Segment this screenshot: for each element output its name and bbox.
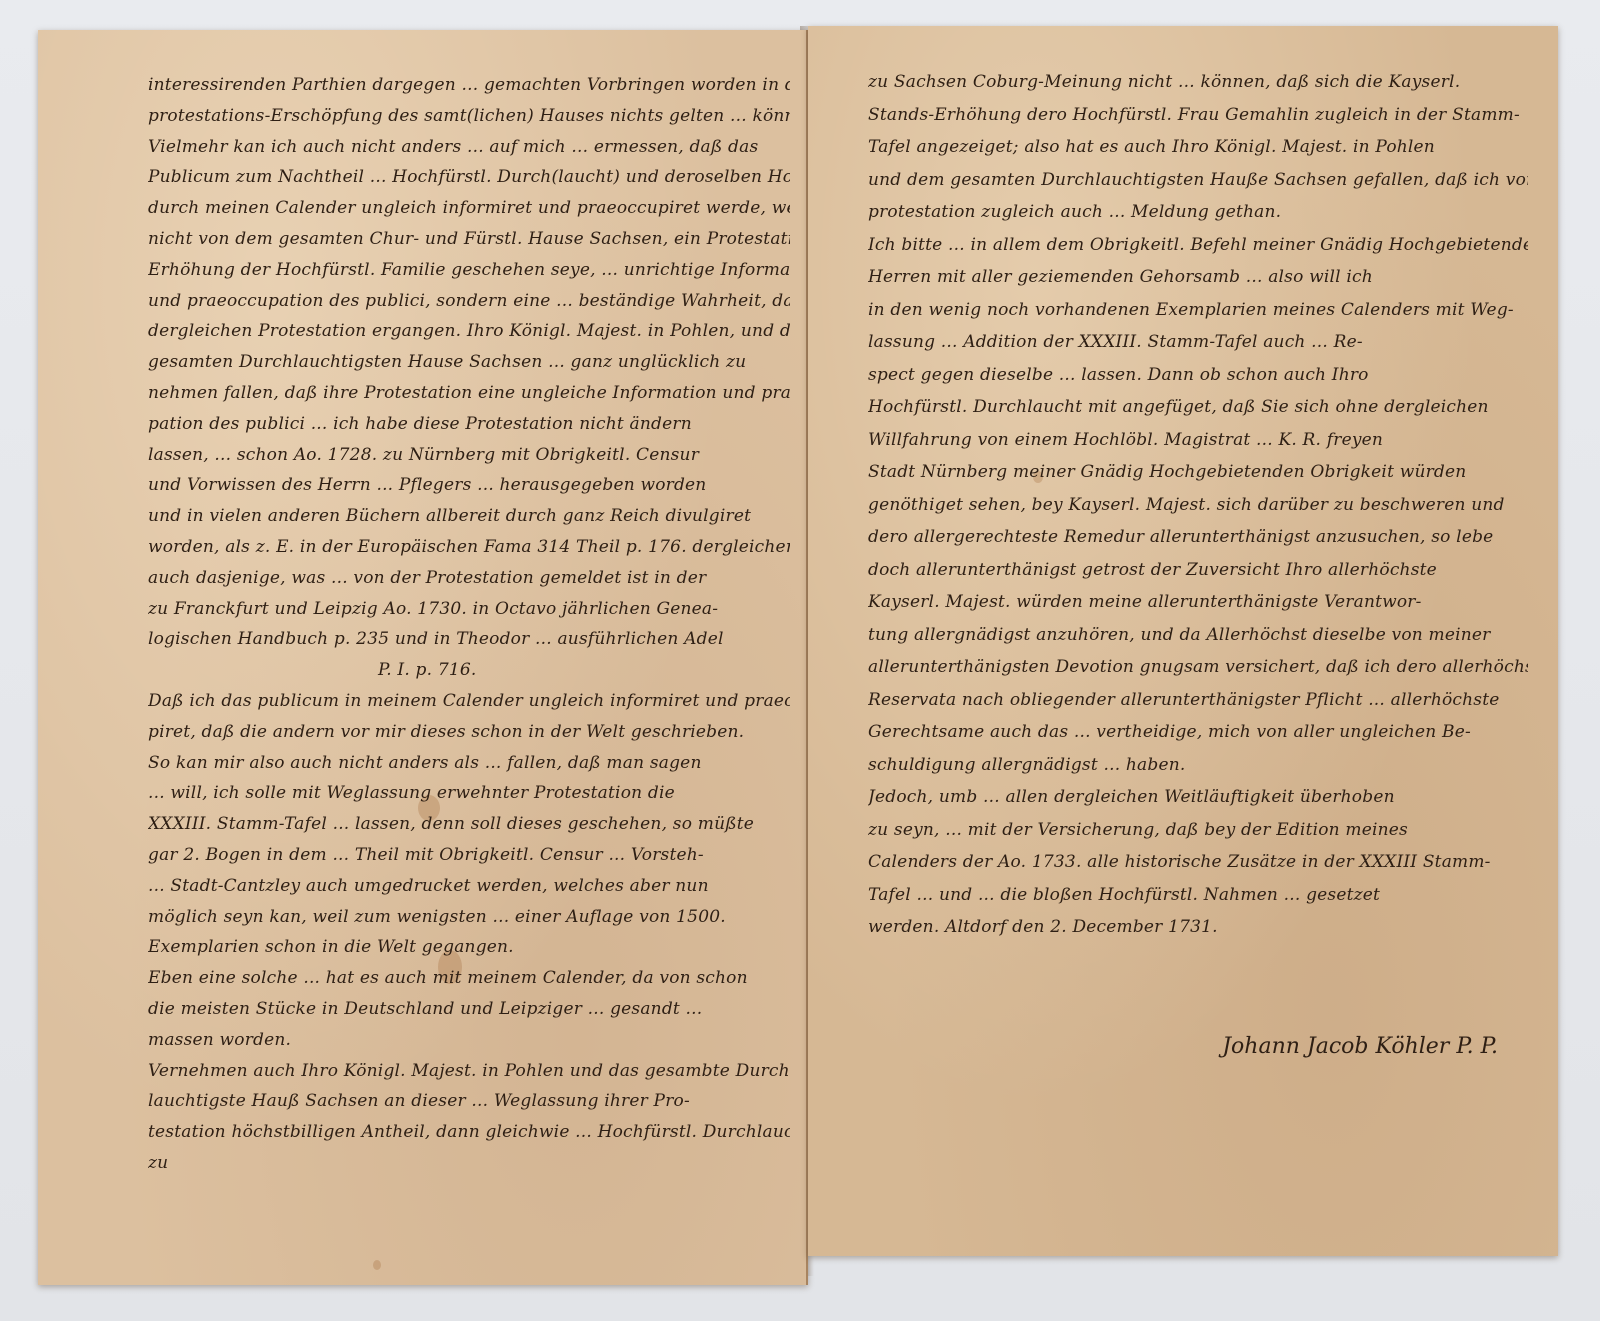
- manuscript-line: Ich bitte ... in allem dem Obrigkeitl. B…: [868, 229, 1528, 262]
- right-page-text: zu Sachsen Coburg-Meinung nicht ... könn…: [868, 66, 1528, 944]
- manuscript-line: nicht von dem gesamten Chur- und Fürstl.…: [148, 224, 790, 255]
- manuscript-line: Erhöhung der Hochfürstl. Familie gescheh…: [148, 255, 790, 286]
- manuscript-line: dergleichen Protestation ergangen. Ihro …: [148, 316, 790, 347]
- manuscript-line: allerunterthänigsten Devotion gnugsam ve…: [868, 651, 1528, 684]
- manuscript-line: pation des publici ... ich habe diese Pr…: [148, 409, 790, 440]
- manuscript-line: lassung ... Addition der XXXIII. Stamm-T…: [868, 326, 1528, 359]
- manuscript-line: worden, als z. E. in der Europäischen Fa…: [148, 532, 790, 563]
- manuscript-line: Reservata nach obliegender allerunterthä…: [868, 684, 1528, 717]
- manuscript-line: doch allerunterthänigst getrost der Zuve…: [868, 554, 1528, 587]
- manuscript-line: Vielmehr kan ich auch nicht anders ... a…: [148, 132, 790, 163]
- manuscript-line: Daß ich das publicum in meinem Calender …: [148, 686, 790, 717]
- manuscript-line: möglich seyn kan, weil zum wenigsten ...…: [148, 902, 790, 933]
- manuscript-line: Tafel ... und ... die bloßen Hochfürstl.…: [868, 879, 1528, 912]
- left-page: interessirenden Parthien dargegen ... ge…: [38, 30, 808, 1285]
- left-page-text: interessirenden Parthien dargegen ... ge…: [148, 70, 790, 1179]
- manuscript-line: nehmen fallen, daß ihre Protestation ein…: [148, 378, 790, 409]
- signature: Johann Jacob Köhler P. P.: [1222, 1034, 1498, 1059]
- manuscript-line: gar 2. Bogen in dem ... Theil mit Obrigk…: [148, 840, 790, 871]
- manuscript-line: ... Stadt-Cantzley auch umgedrucket werd…: [148, 871, 790, 902]
- manuscript-line: zu: [148, 1148, 790, 1179]
- manuscript-line: und in vielen anderen Büchern allbereit …: [148, 501, 790, 532]
- manuscript-line: durch meinen Calender ungleich informire…: [148, 193, 790, 224]
- manuscript-line: So kan mir also auch nicht anders als ..…: [148, 748, 790, 779]
- manuscript-line: Calenders der Ao. 1733. alle historische…: [868, 846, 1528, 879]
- manuscript-line: Jedoch, umb ... allen dergleichen Weitlä…: [868, 781, 1528, 814]
- manuscript-line: die meisten Stücke in Deutschland und Le…: [148, 994, 790, 1025]
- manuscript-line: piret, daß die andern vor mir dieses sch…: [148, 717, 790, 748]
- manuscript-line: interessirenden Parthien dargegen ... ge…: [148, 70, 790, 101]
- manuscript-line: testation höchstbilligen Antheil, dann g…: [148, 1117, 790, 1148]
- manuscript-line: und dem gesamten Durchlauchtigsten Hauße…: [868, 164, 1528, 197]
- photo-stage: interessirenden Parthien dargegen ... ge…: [0, 0, 1600, 1321]
- manuscript-line: genöthiget sehen, bey Kayserl. Majest. s…: [868, 489, 1528, 522]
- manuscript-line: P. I. p. 716.: [148, 655, 790, 686]
- manuscript-line: Hochfürstl. Durchlaucht mit angefüget, d…: [868, 391, 1528, 424]
- manuscript-line: Stadt Nürnberg meiner Gnädig Hochgebiete…: [868, 456, 1528, 489]
- stain: [373, 1260, 381, 1270]
- manuscript-line: spect gegen dieselbe ... lassen. Dann ob…: [868, 359, 1528, 392]
- manuscript-line: Vernehmen auch Ihro Königl. Majest. in P…: [148, 1056, 790, 1087]
- manuscript-line: zu Franckfurt und Leipzig Ao. 1730. in O…: [148, 594, 790, 625]
- manuscript-line: XXXIII. Stamm-Tafel ... lassen, denn sol…: [148, 809, 790, 840]
- manuscript-line: Publicum zum Nachtheil ... Hochfürstl. D…: [148, 162, 790, 193]
- manuscript-line: und Vorwissen des Herrn ... Pflegers ...…: [148, 470, 790, 501]
- manuscript-line: lauchtigste Hauß Sachsen an dieser ... W…: [148, 1086, 790, 1117]
- manuscript-line: Tafel angezeiget; also hat es auch Ihro …: [868, 131, 1528, 164]
- manuscript-line: Gerechtsame auch das ... vertheidige, mi…: [868, 716, 1528, 749]
- manuscript-line: protestations-Erschöpfung des samt(liche…: [148, 101, 790, 132]
- manuscript-line: Exemplarien schon in die Welt gegangen.: [148, 932, 790, 963]
- manuscript-line: tung allergnädigst anzuhören, und da All…: [868, 619, 1528, 652]
- manuscript-line: massen worden.: [148, 1025, 790, 1056]
- manuscript-line: Stands-Erhöhung dero Hochfürstl. Frau Ge…: [868, 99, 1528, 132]
- manuscript-line: protestation zugleich auch ... Meldung g…: [868, 196, 1528, 229]
- manuscript-line: zu Sachsen Coburg-Meinung nicht ... könn…: [868, 66, 1528, 99]
- manuscript-line: in den wenig noch vorhandenen Exemplarie…: [868, 294, 1528, 327]
- manuscript-line: werden. Altdorf den 2. December 1731.: [868, 911, 1528, 944]
- manuscript-line: zu seyn, ... mit der Versicherung, daß b…: [868, 814, 1528, 847]
- manuscript-line: Eben eine solche ... hat es auch mit mei…: [148, 963, 790, 994]
- manuscript-line: logischen Handbuch p. 235 und in Theodor…: [148, 624, 790, 655]
- manuscript-line: Herren mit aller geziemenden Gehorsamb .…: [868, 261, 1528, 294]
- manuscript-line: Kayserl. Majest. würden meine allerunter…: [868, 586, 1528, 619]
- manuscript-line: schuldigung allergnädigst ... haben.: [868, 749, 1528, 782]
- manuscript-line: lassen, ... schon Ao. 1728. zu Nürnberg …: [148, 440, 790, 471]
- manuscript-line: Willfahrung von einem Hochlöbl. Magistra…: [868, 424, 1528, 457]
- manuscript-line: ... will, ich solle mit Weglassung erweh…: [148, 778, 790, 809]
- manuscript-line: gesamten Durchlauchtigsten Hause Sachsen…: [148, 347, 790, 378]
- right-page: zu Sachsen Coburg-Meinung nicht ... könn…: [808, 26, 1558, 1256]
- manuscript-line: auch dasjenige, was ... von der Protesta…: [148, 563, 790, 594]
- manuscript-line: dero allergerechteste Remedur allerunter…: [868, 521, 1528, 554]
- manuscript-line: und praeoccupation des publici, sondern …: [148, 286, 790, 317]
